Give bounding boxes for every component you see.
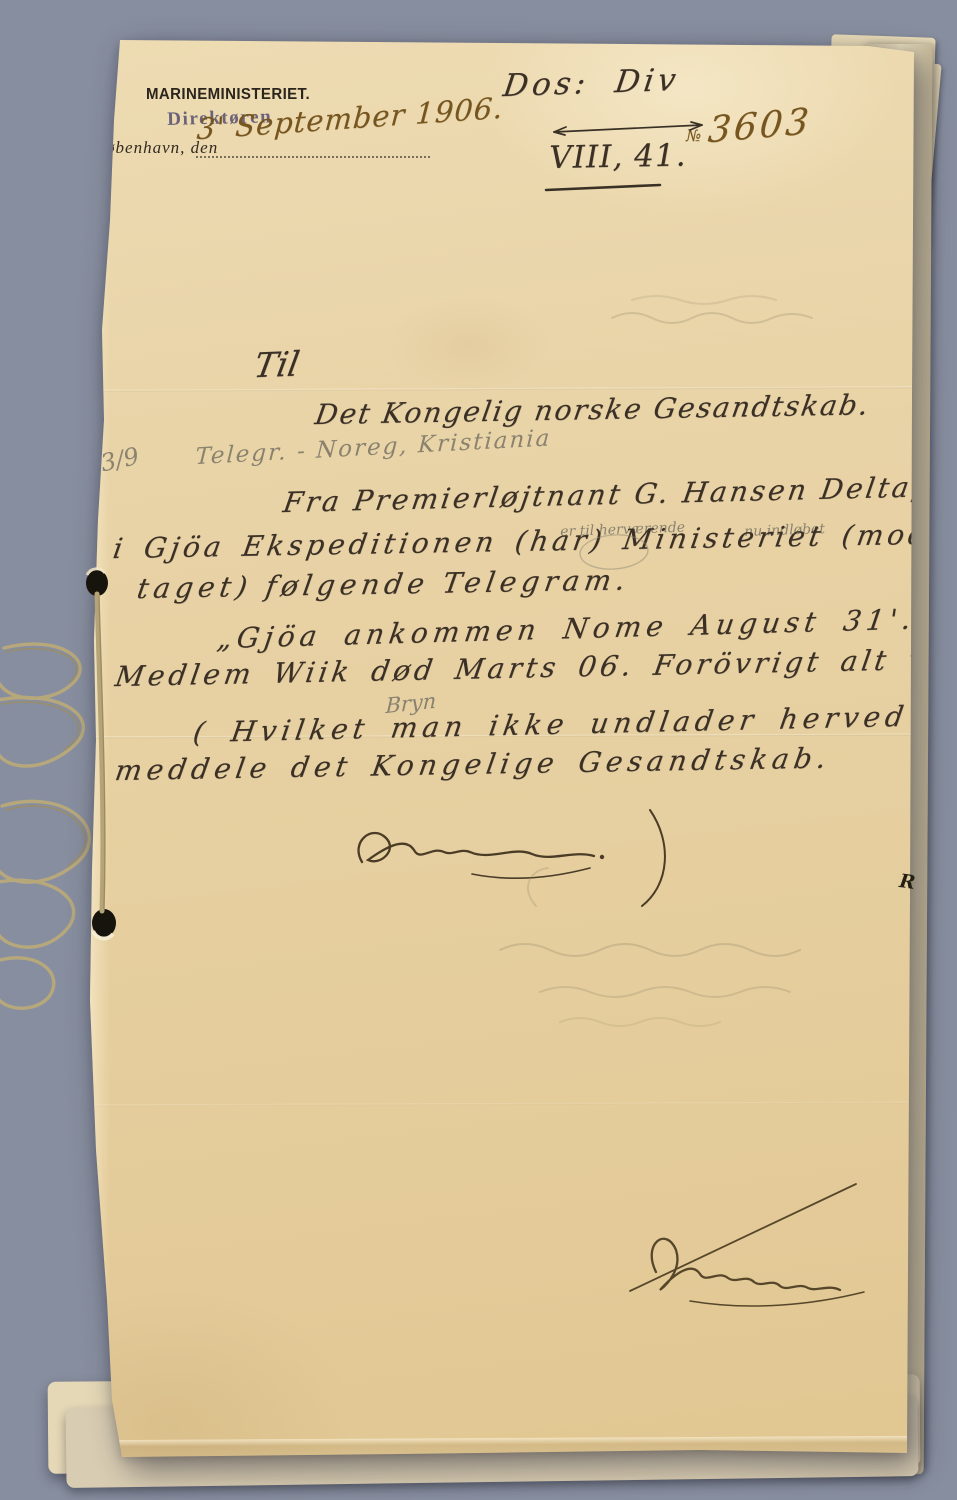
letter-sheet-wrap: MARINEMINISTERIET. Direktøren Kjøbenhavn… <box>0 0 957 1500</box>
left-edge-highlight <box>88 34 110 1460</box>
body-line-taget: taget) følgende Telegram. <box>135 563 633 605</box>
bottom-fold-band <box>98 1436 908 1462</box>
docket-note: Dos: Div <box>501 62 682 104</box>
pencil-telegraph-address: Telegr. - Noreg, Kristiania <box>195 425 552 470</box>
body-line-addressee: Det Kongelig norske Gesandtskab. <box>313 388 873 431</box>
margin-date-note: 3/9 <box>98 442 142 477</box>
archive-reference: VIII, 41. <box>549 138 687 176</box>
salutation-til: Til <box>251 344 303 386</box>
letter-sheet: MARINEMINISTERIET. Direktøren Kjøbenhavn… <box>0 0 957 1500</box>
journal-number: 3603 <box>706 101 813 152</box>
body-line-fra: Fra Premierløjtnant G. Hansen Deltager <box>281 469 957 519</box>
body-line-ekspeditionen: i Gjöa Ekspeditionen (har) Ministeriet (… <box>111 518 947 566</box>
fold-crease-lower <box>94 1102 910 1107</box>
numero-sign: № <box>686 126 701 145</box>
body-line-hvilket: ( Hvilket man ikke undlader herved at <box>191 698 957 749</box>
edge-ink-mark: R <box>898 870 917 894</box>
ministry-letterhead: MARINEMINISTERIET. <box>146 86 310 104</box>
archive-photo-scene: MARINEMINISTERIET. Direktøren Kjøbenhavn… <box>0 0 957 1500</box>
